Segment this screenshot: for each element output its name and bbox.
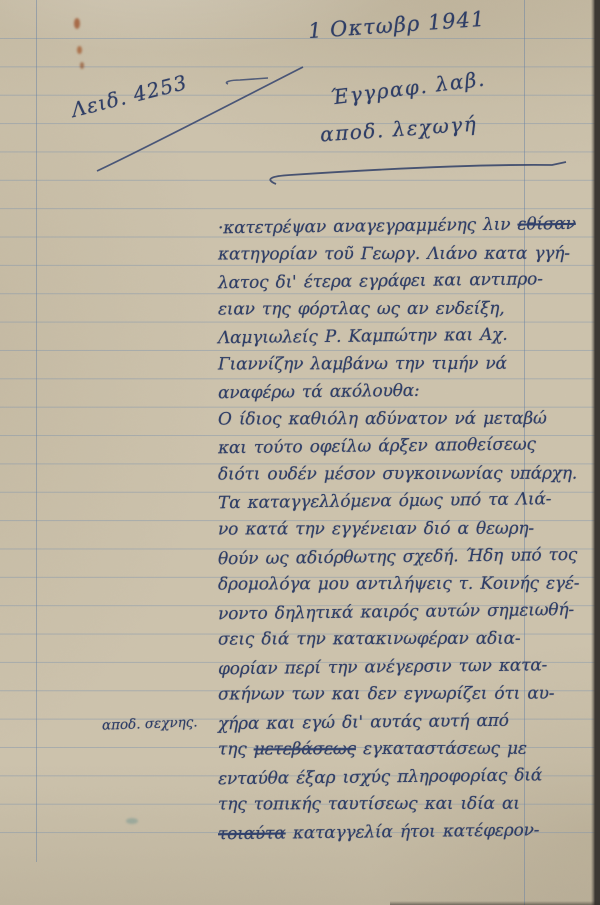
handwriting-line: ·κατετρέψαν αναγεγραμμένης λιν εθίσαν [218,211,593,243]
date-line: 1 Οκτωβρ 1941 [307,7,486,43]
handwriting-line: θούν ως αδιόρθωτης σχεδή. Ήδη υπό τος [218,541,593,573]
underline-flourish [270,162,566,184]
handwriting-line: της μετεβάσεως εγκαταστάσεως με [218,736,593,765]
addressee-line-2: αποδ. λεχωγή [319,112,478,147]
handwriting-line: Γιαννίζην λαμβάνω την τιμήν νά [218,350,593,379]
manuscript-body: ·κατετρέψαν αναγεγραμμένης λιν εθίσαν κα… [218,213,593,847]
short-dash-stroke [226,78,268,84]
handwriting-line: χήρα και εγώ δι' αυτάς αυτή από [218,707,593,739]
handwriting-line: Λαμγιωλείς Ρ. Καμπώτην και Αχ. [218,321,593,353]
handwriting-line: λατος δι' έτερα εγράφει και αντιπρο- [218,266,593,298]
rust-stain [80,62,84,69]
handwriting-line: δρομολόγα μου αντιλήψεις τ. Κοινής εγέ- [218,571,593,600]
rust-stain [74,18,80,29]
handwriting-line: ενταύθα έξαρ ισχύς πληροφορίας διά [218,762,593,794]
handwriting-line: ειαν της φόρτλας ως αν ενδείξη, [218,295,593,324]
handwriting-line: και τούτο οφείλω άρξεν αποθείσεως [218,431,593,463]
handwriting-line: φορίαν περί την ανέγερσιν των κατα- [218,651,593,683]
notebook-page: Λειδ. 4253 1 Οκτωβρ 1941 Έγγραφ. λαβ. απ… [0,0,600,905]
ink-smudge [126,818,138,824]
reference-number: Λειδ. 4253 [69,70,190,122]
handwriting-line: Τα καταγγελλόμενα όμως υπό τα Λιά- [218,486,593,518]
handwriting-line: νο κατά την εγγένειαν διό α θεωρη- [218,516,593,545]
handwriting-line: σεις διά την κατακινωφέραν αδια- [218,626,593,655]
margin-note: αποδ. σεχνης. [102,714,198,733]
rust-stain [77,46,82,54]
handwriting-line: διότι ουδέν μέσον συγκοινωνίας υπάρχη. [218,460,593,489]
handwriting-line: τοιαύτα καταγγελία ήτοι κατέφερον- [218,817,593,849]
handwriting-line: σκήνων των και δεν εγνωρίζει ότι αυ- [218,681,593,710]
addressee-line-1: Έγγραφ. λαβ. [329,67,487,110]
scan-edge-shadow-bottom [390,901,600,905]
handwriting-line: αναφέρω τά ακόλουθα: [218,376,593,408]
handwriting-line: κατηγορίαν τοῦ Γεωργ. Λιάνο κατα γγή- [218,240,593,269]
handwriting-line: νοντο δηλητικά καιρός αυτών σημειωθή- [218,596,593,628]
handwriting-line: της τοπικής ταυτίσεως και ιδία αι [218,791,593,820]
ref-slash-stroke [97,67,303,171]
left-margin-line [36,0,37,862]
handwriting-line: Ο ίδιος καθιόλη αδύνατον νά μεταβώ [218,405,593,434]
